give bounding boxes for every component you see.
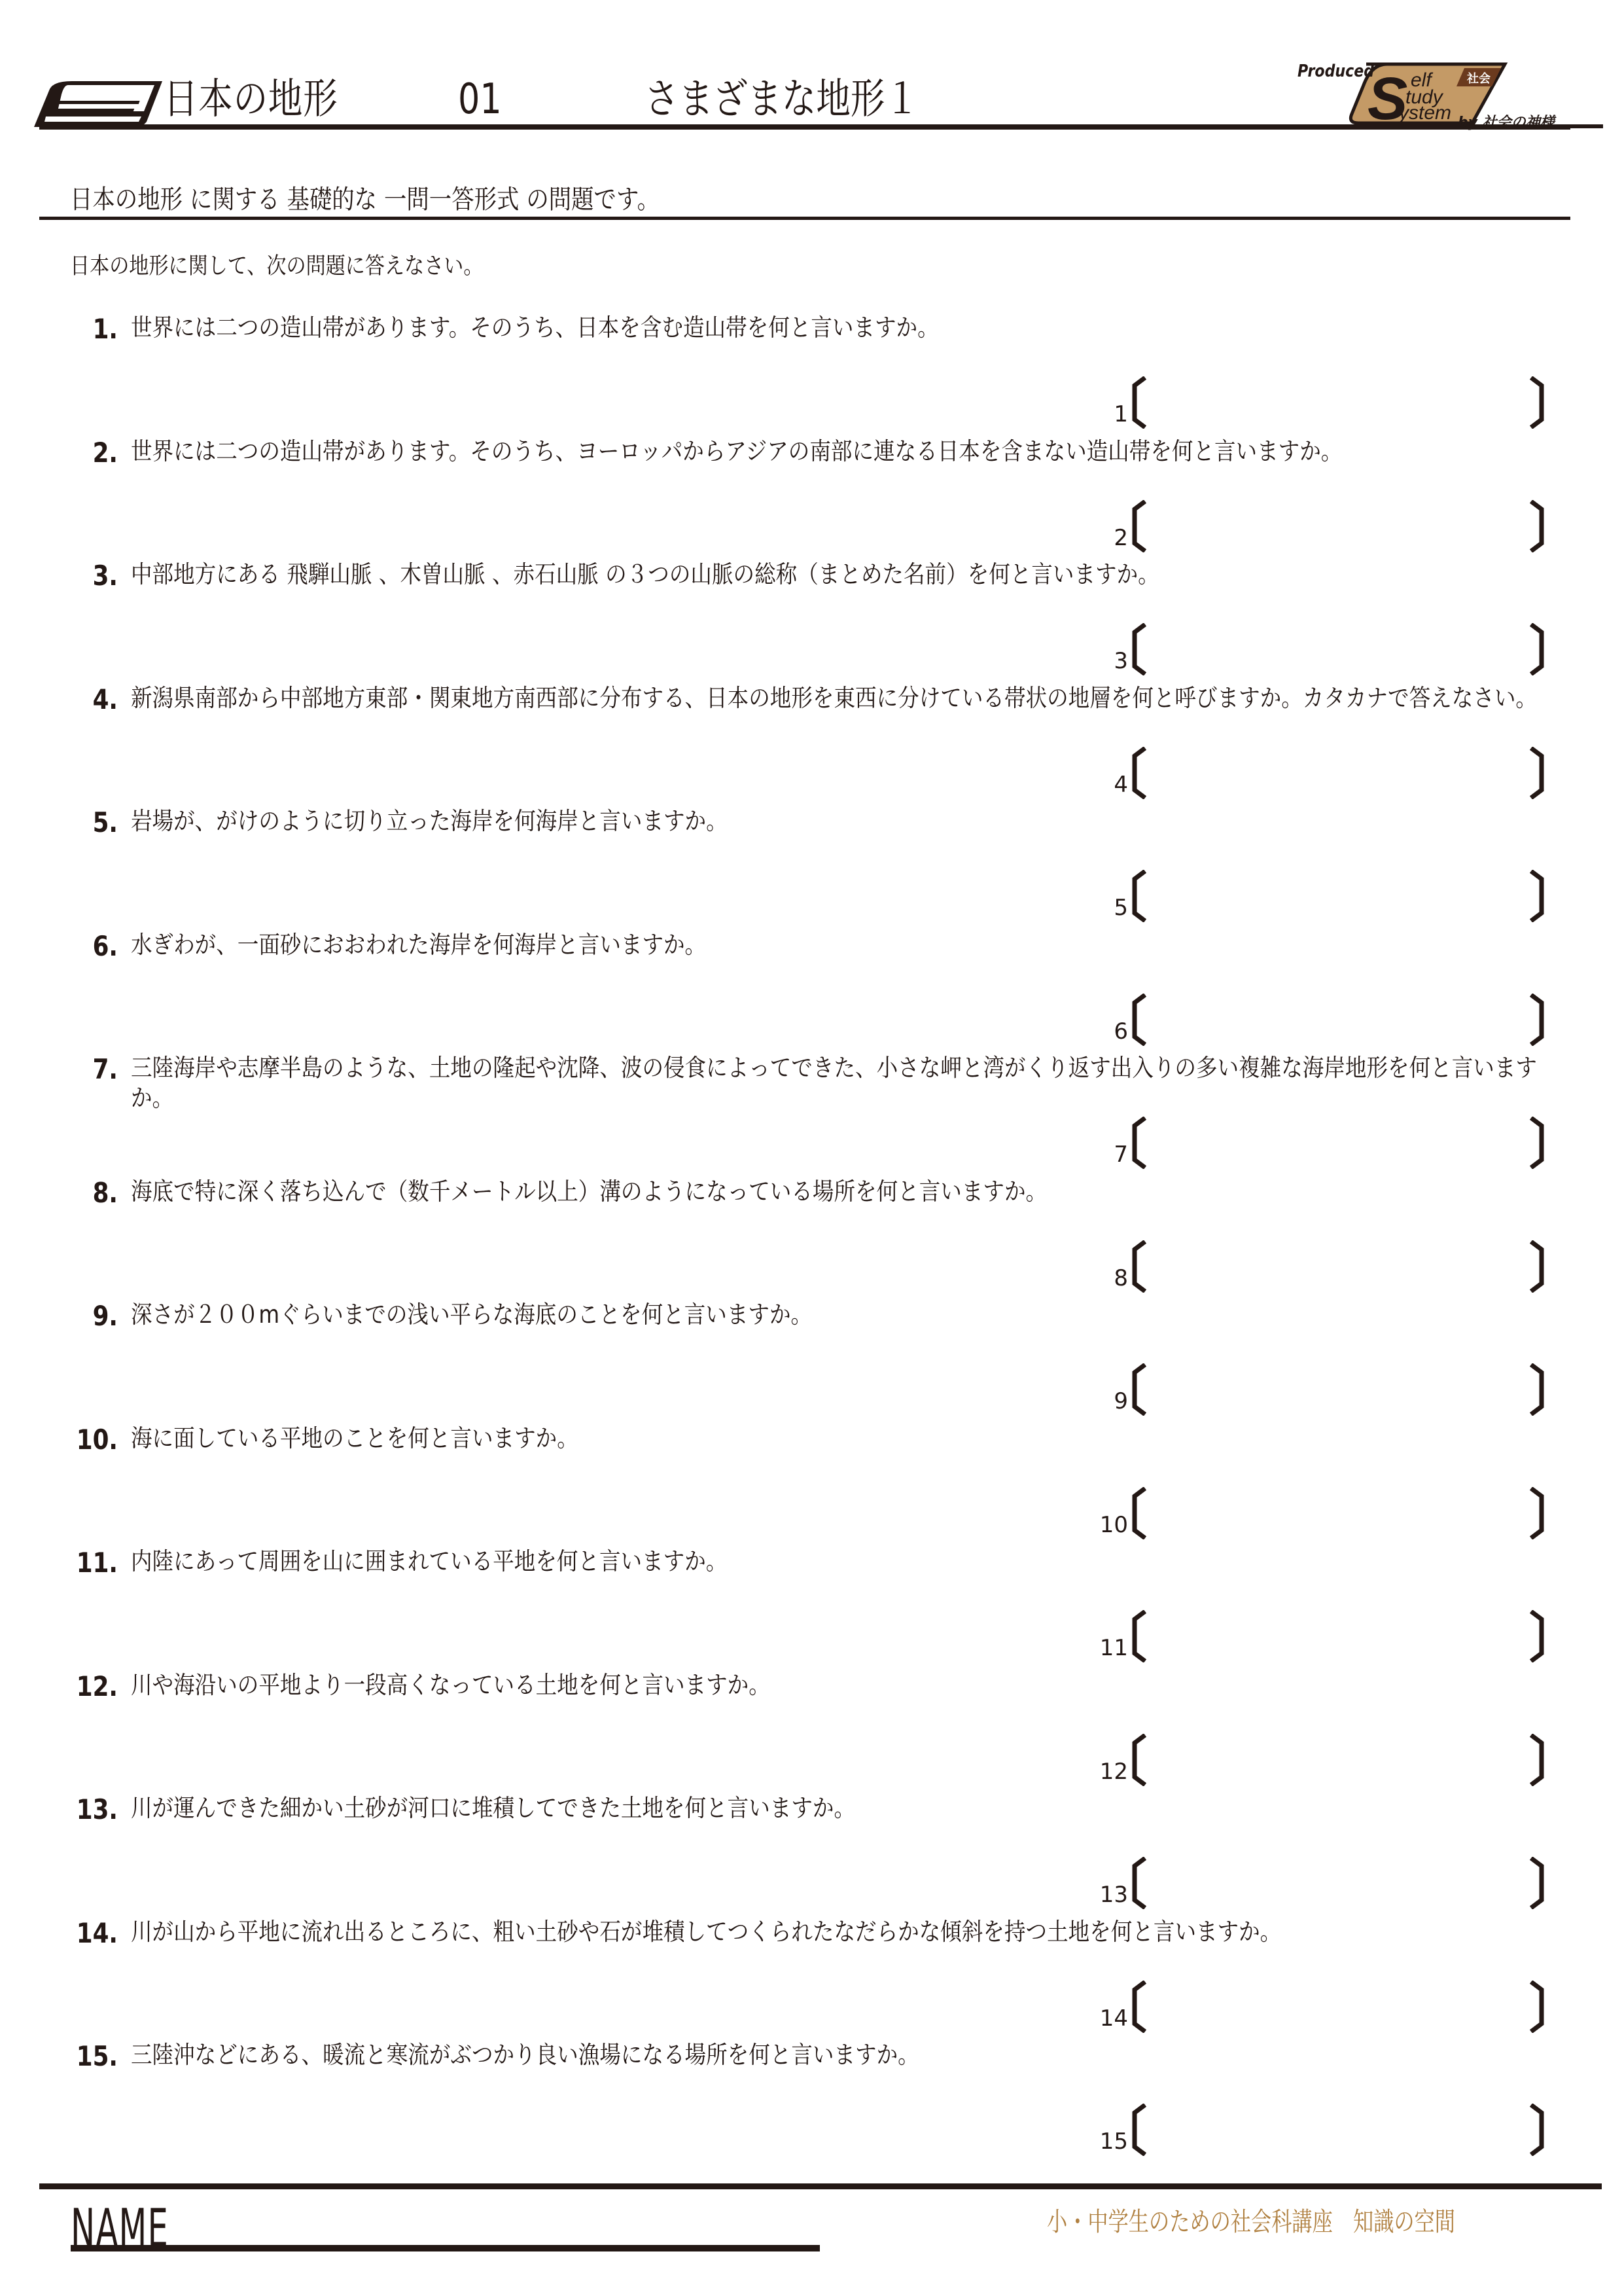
question-text: 川が運んできた細かい土砂が河口に堆積してできた土地を何と言いますか。 [131, 1793, 1544, 1823]
question-text: 内陸にあって周囲を山に囲まれている平地を何と言いますか。 [131, 1547, 1544, 1577]
right-bracket-icon [1525, 1487, 1551, 1539]
answer-box[interactable]: 2 [1093, 500, 1551, 552]
question-number: 5. [73, 805, 118, 840]
answer-box[interactable]: 15 [1093, 2104, 1551, 2156]
answer-box[interactable]: 14 [1093, 1981, 1551, 2033]
answer-label: 9 [1114, 1388, 1128, 1414]
answer-label: 14 [1100, 2005, 1128, 2032]
answer-label: 5 [1114, 895, 1128, 921]
right-bracket-icon [1525, 1117, 1551, 1169]
answer-box[interactable]: 4 [1093, 747, 1551, 799]
answer-box[interactable]: 1 [1093, 376, 1551, 429]
title-stripes-logo-icon [31, 79, 162, 130]
question-number: 13. [73, 1792, 118, 1827]
answer-label: 12 [1100, 1759, 1128, 1785]
page-subtitle: さまざまな地形１ [644, 73, 919, 126]
question-number: 11. [73, 1545, 118, 1581]
right-bracket-icon [1525, 870, 1551, 922]
question-number: 1. [73, 312, 118, 347]
left-bracket-icon [1129, 994, 1156, 1046]
answer-box[interactable]: 10 [1093, 1487, 1551, 1539]
question-text: 中部地方にある 飛騨山脈 、木曽山脈 、赤石山脈 の３つの山脈の総称（まとめた名… [131, 560, 1544, 590]
footer-brand: 小・中学生のための社会科講座 知識の空間 [1047, 2206, 1455, 2238]
left-bracket-icon [1129, 1117, 1156, 1169]
right-bracket-icon [1525, 2104, 1551, 2156]
answer-box[interactable]: 9 [1093, 1363, 1551, 1416]
right-bracket-icon [1525, 500, 1551, 552]
question-text: 川や海沿いの平地より一段高くなっている土地を何と言いますか。 [131, 1670, 1544, 1700]
question-text: 水ぎわが、一面砂におおわれた海岸を何海岸と言いますか。 [131, 930, 1544, 960]
answer-label: 1 [1114, 401, 1128, 427]
left-bracket-icon [1129, 1240, 1156, 1293]
left-bracket-icon [1129, 1363, 1156, 1416]
answer-box[interactable]: 3 [1093, 623, 1551, 675]
right-bracket-icon [1525, 994, 1551, 1046]
right-bracket-icon [1525, 1981, 1551, 2033]
right-bracket-icon [1525, 1734, 1551, 1786]
answer-box[interactable]: 13 [1093, 1857, 1551, 1909]
worksheet-description: 日本の地形 に関する 基礎的な 一問一答形式 の問題です。 [70, 183, 660, 216]
question-text: 世界には二つの造山帯があります。そのうち、ヨーロッパからアジアの南部に連なる日本… [131, 437, 1544, 467]
right-bracket-icon [1525, 747, 1551, 799]
intro-rule [39, 217, 1570, 220]
question-number: 10. [73, 1422, 118, 1458]
unit-number: 01 [458, 73, 502, 126]
svg-text:社会: 社会 [1466, 71, 1491, 86]
answer-label: 4 [1114, 772, 1128, 798]
left-bracket-icon [1129, 1857, 1156, 1909]
question-text: 深さが２００mぐらいまでの浅い平らな海底のことを何と言いますか。 [131, 1300, 1544, 1330]
question-text: 海に面している平地のことを何と言いますか。 [131, 1424, 1544, 1454]
question-number: 8. [73, 1175, 118, 1211]
answer-label: 3 [1114, 648, 1128, 674]
left-bracket-icon [1129, 1734, 1156, 1786]
answer-label: 6 [1114, 1018, 1128, 1045]
answer-box[interactable]: 12 [1093, 1734, 1551, 1786]
right-bracket-icon [1525, 1240, 1551, 1293]
left-bracket-icon [1129, 1981, 1156, 2033]
left-bracket-icon [1129, 500, 1156, 552]
answer-box[interactable]: 11 [1093, 1610, 1551, 1662]
question-number: 4. [73, 682, 118, 717]
answer-box[interactable]: 8 [1093, 1240, 1551, 1293]
question-text: 三陸海岸や志摩半島のような、土地の隆起や沈降、波の侵食によってできた、小さな岬と… [131, 1053, 1544, 1113]
page-title: 日本の地形 [164, 73, 338, 126]
left-bracket-icon [1129, 376, 1156, 429]
question-number: 7. [73, 1052, 118, 1087]
question-text: 三陸沖などにある、暖流と寒流がぶつかり良い漁場になる場所を何と言いますか。 [131, 2040, 1544, 2070]
answer-box[interactable]: 6 [1093, 994, 1551, 1046]
svg-text:ystem: ystem [1398, 102, 1451, 124]
left-bracket-icon [1129, 623, 1156, 675]
answer-label: 8 [1114, 1265, 1128, 1291]
right-bracket-icon [1525, 1857, 1551, 1909]
right-bracket-icon [1525, 376, 1551, 429]
question-number: 2. [73, 435, 118, 471]
worksheet-instruction: 日本の地形に関して、次の問題に答えなさい。 [70, 252, 484, 281]
question-text: 川が山から平地に流れ出るところに、粗い土砂や石が堆積してつくられたなだらかな傾斜… [131, 1917, 1544, 1947]
question-text: 海底で特に深く落ち込んで（数千メートル以上）溝のようになっている場所を何と言いま… [131, 1177, 1544, 1207]
question-number: 12. [73, 1669, 118, 1704]
left-bracket-icon [1129, 747, 1156, 799]
answer-label: 15 [1100, 2128, 1128, 2155]
question-number: 6. [73, 929, 118, 964]
name-input-line[interactable] [71, 2245, 820, 2251]
question-text: 新潟県南部から中部地方東部・関東地方南西部に分布する、日本の地形を東西に分けてい… [131, 683, 1544, 713]
left-bracket-icon [1129, 1610, 1156, 1662]
question-number: 9. [73, 1299, 118, 1334]
answer-label: 2 [1114, 525, 1128, 551]
question-number: 15. [73, 2039, 118, 2074]
question-text: 世界には二つの造山帯があります。そのうち、日本を含む造山帯を何と言いますか。 [131, 313, 1544, 343]
right-bracket-icon [1525, 1363, 1551, 1416]
left-bracket-icon [1129, 2104, 1156, 2156]
footer-rule [39, 2183, 1602, 2189]
left-bracket-icon [1129, 870, 1156, 922]
left-bracket-icon [1129, 1487, 1156, 1539]
answer-box[interactable]: 7 [1093, 1117, 1551, 1169]
question-number: 14. [73, 1916, 118, 1951]
by-author-label: by 社会の神様 [1458, 111, 1555, 132]
answer-label: 11 [1100, 1635, 1128, 1661]
answer-label: 13 [1100, 1882, 1128, 1908]
question-text: 岩場が、がけのように切り立った海岸を何海岸と言いますか。 [131, 806, 1544, 836]
right-bracket-icon [1525, 623, 1551, 675]
answer-box[interactable]: 5 [1093, 870, 1551, 922]
answer-label: 7 [1114, 1141, 1128, 1168]
answer-label: 10 [1100, 1512, 1128, 1538]
produced-label: Produced [1297, 62, 1374, 81]
right-bracket-icon [1525, 1610, 1551, 1662]
question-number: 3. [73, 558, 118, 594]
